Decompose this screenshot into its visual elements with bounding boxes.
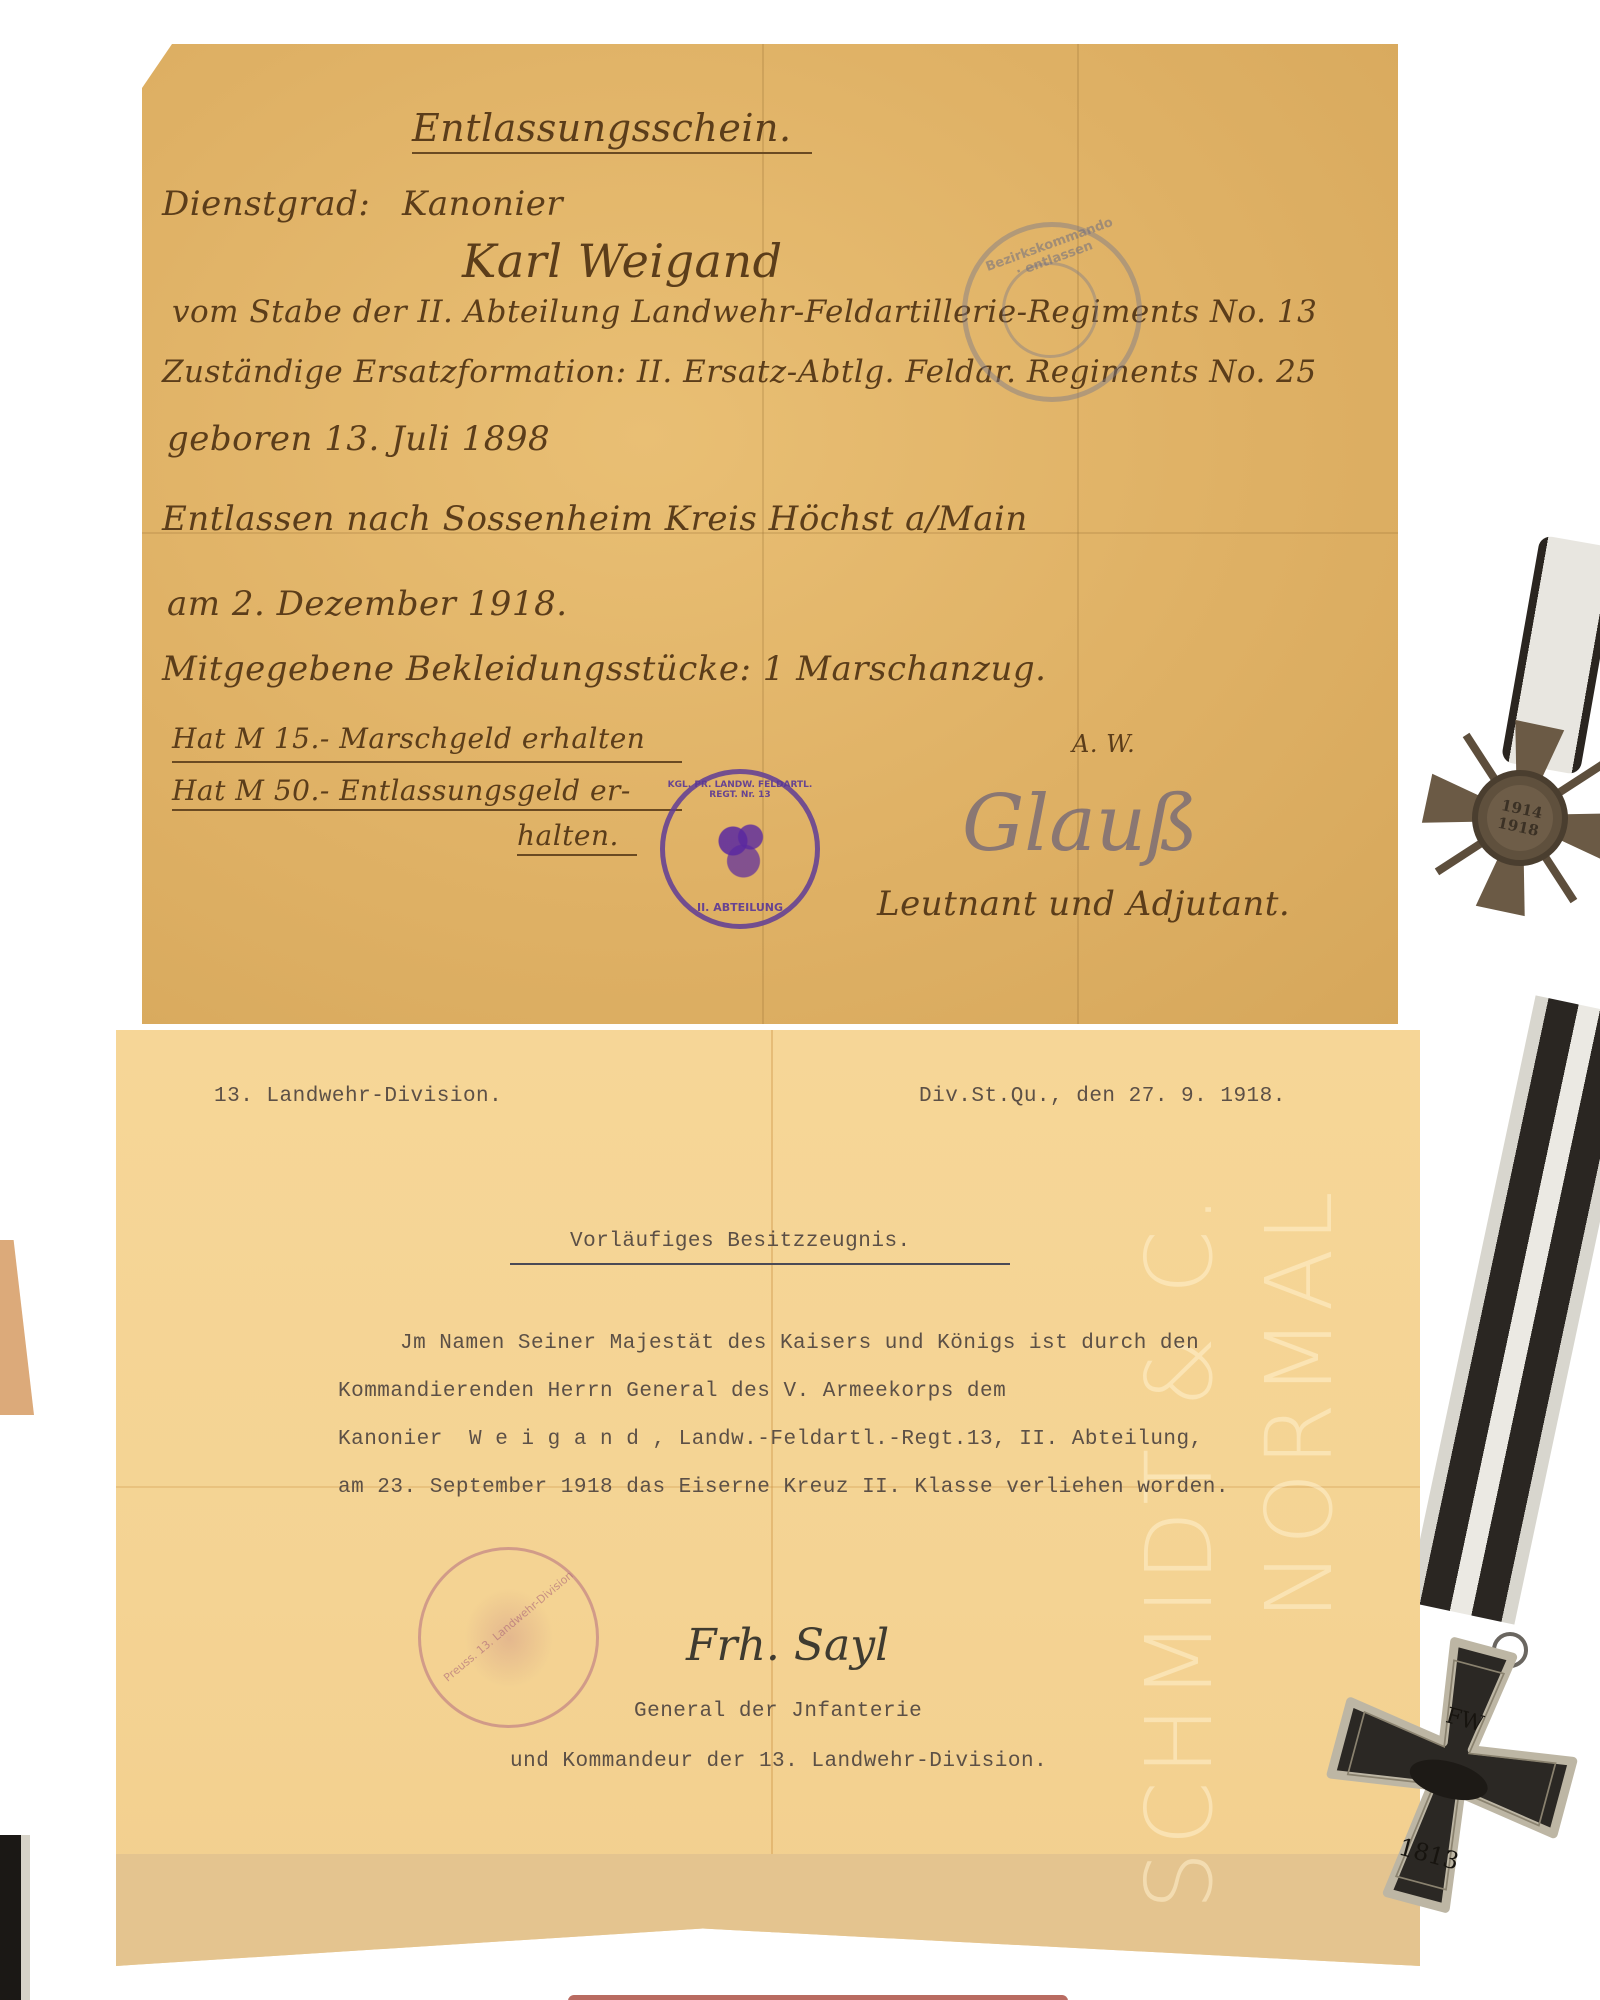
body-line-4: am 23. September 1918 das Eiserne Kreuz … xyxy=(338,1476,1229,1499)
receipt-march-money: Hat M 15.- Marschgeld erhalten xyxy=(172,722,645,755)
signature-title: Leutnant und Adjutant. xyxy=(877,884,1290,924)
rank-label: Dienstgrad: xyxy=(162,184,370,224)
title-underline xyxy=(412,152,812,154)
left-ribbon-fragment xyxy=(0,1835,30,2000)
discharge-date-line: am 2. Dezember 1918. xyxy=(167,584,568,624)
body-line-2: Kommandierenden Herrn General des V. Arm… xyxy=(338,1380,1006,1403)
receipt-underline xyxy=(517,854,637,856)
discharge-certificate: Entlassungsschein. Dienstgrad: Kanonier … xyxy=(142,44,1398,1024)
date-header: Div.St.Qu., den 27. 9. 1918. xyxy=(919,1085,1286,1108)
discharge-place-line: Entlassen nach Sossenheim Kreis Höchst a… xyxy=(162,499,1028,539)
signature-prefix: A. W. xyxy=(1072,730,1135,758)
title-underline xyxy=(510,1263,1010,1265)
fold-line-vertical xyxy=(1077,44,1079,1024)
eagle-emblem-icon xyxy=(705,809,775,889)
division-header: 13. Landwehr-Division. xyxy=(214,1085,502,1108)
soldier-name: Karl Weigand xyxy=(462,234,783,288)
general-signature: Frh. Sayl xyxy=(686,1620,889,1671)
certificate-title: Vorläufiges Besitzzeugnis. xyxy=(570,1230,911,1253)
iron-cross-icon: FW 1813 xyxy=(1305,1630,1595,1920)
adjutant-signature: Glauß xyxy=(962,779,1198,869)
left-paper-fragment xyxy=(0,1240,34,1415)
body-line-1: Jm Namen Seiner Majestät des Kaisers und… xyxy=(400,1332,1199,1355)
iron-cross-ribbon xyxy=(1407,995,1600,1624)
replacement-unit-line: Zuständige Ersatzformation: II. Ersatz-A… xyxy=(162,354,1317,390)
receipt-underline xyxy=(172,761,682,763)
birth-date-line: geboren 13. Juli 1898 xyxy=(167,419,550,459)
certificate-title: Entlassungsschein. xyxy=(412,106,792,150)
district-command-stamp: Bezirkskommando · entlassen xyxy=(962,222,1142,402)
division-stamp: Preuss. 13. Landwehr-Division xyxy=(418,1547,599,1728)
honour-cross-icon: 1914 1918 xyxy=(1420,718,1600,918)
receipt-underline xyxy=(172,809,682,811)
clothing-line: Mitgegebene Bekleidungsstücke: 1 Marscha… xyxy=(162,649,1046,689)
watermark-normal: NORMAL xyxy=(1246,1185,1353,1620)
red-folder-edge xyxy=(568,1995,1068,2000)
unit-line: vom Stabe der II. Abteilung Landwehr-Fel… xyxy=(172,294,1317,330)
receipt-continuation: halten. xyxy=(517,819,619,852)
rank-value: Kanonier xyxy=(402,184,563,224)
watermark-schmidt: SCHMIDT & C. xyxy=(1126,1189,1233,1910)
regiment-stamp: KGL. PR. LANDW. FELDARTL. REGT. Nr. 13 I… xyxy=(660,769,820,929)
signature-title-1: General der Jnfanterie xyxy=(634,1700,922,1723)
signature-title-2: und Kommandeur der 13. Landwehr-Division… xyxy=(510,1750,1047,1773)
body-line-3: Kanonier W e i g a n d , Landw.-Feldartl… xyxy=(338,1428,1203,1451)
provisional-award-certificate: SCHMIDT & C. NORMAL 13. Landwehr-Divisio… xyxy=(116,1030,1420,1966)
receipt-discharge-money: Hat M 50.- Entlassungsgeld er- xyxy=(172,774,631,807)
